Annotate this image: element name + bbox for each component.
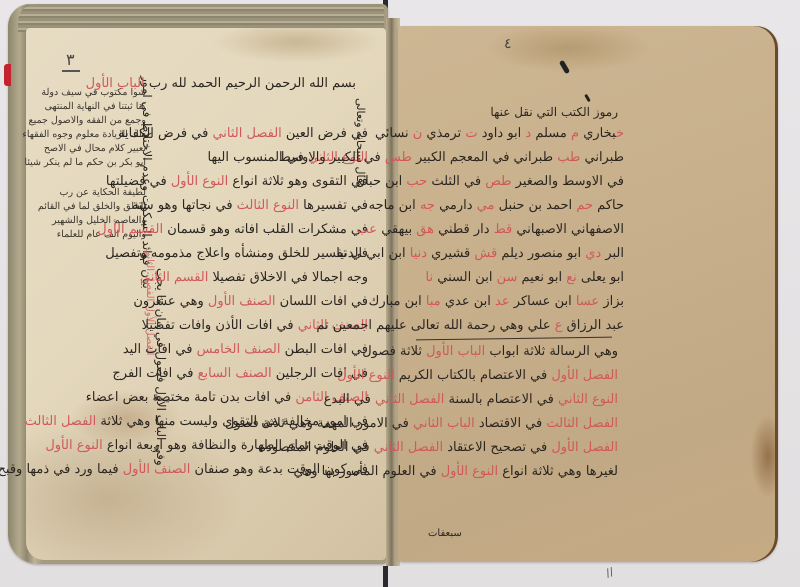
text-line: الاصفهاني الاصبهاني قط دار قطني هق بيهقي…: [357, 222, 624, 238]
text-line: في التقوى وهو ثلاثة انواع النوع الأول في…: [106, 174, 368, 190]
text-line: عبد الرزاق ع علي وهي رحمة الله تعالى علي…: [316, 318, 624, 334]
spine-cord-bottom: [383, 566, 388, 587]
text-line: خبخاري م مسلم د ابو داود ت ترمذي ن نسائي: [375, 126, 624, 142]
text-line: وجه اجمالا في الاخلاق تفصيلا القسم الثان…: [140, 270, 368, 286]
right-page: ٤ رموز الكتب التي نقل عنها خبخاري م مسلم…: [398, 26, 778, 562]
note-line: الخلق والخلق لما في القائم: [38, 200, 146, 214]
note-line: ابو بكر بن حكم ما لم ينكر شيئا: [24, 156, 146, 170]
text-line: حاكم حم احمد بن حنبل مي دارمي جه ابن ماج…: [369, 198, 624, 214]
text-line: في افات اللسان الصنف الأول وهي عشرون: [133, 294, 368, 310]
main-text-block: في فرض العين الفصل الثاني في فرض الكفاية…: [168, 126, 368, 486]
text-line: في تفسير للخلق ومنشأه واعلاج مذمومه وتفص…: [105, 246, 368, 262]
note-line: تعبير كلام محال في الاصح: [44, 142, 146, 156]
text-line: في الاوسط والصغير طص في الثلث حب ابن حبا…: [356, 174, 624, 190]
folio-number-right: ٤: [504, 36, 512, 52]
text-line: في افات البطن الصنف الخامس في افات اليد: [123, 342, 368, 358]
text-line: طبراني طب طبراني في المعجم الكبير طس في …: [279, 150, 624, 166]
note-line: كنا ثبتنا في النهاية المنتهى: [45, 100, 146, 114]
left-page: ٣ شوا مكتوب في سيف دولة كنا ثبتنا في الن…: [26, 28, 386, 560]
header-red: الباب الأول: [86, 76, 145, 91]
header-black: بسم الله الرحمن الرحيم الحمد لله رب: [149, 76, 356, 91]
ink-mark: [584, 94, 591, 102]
text-line: الفصل الثالث في الاقتصاد الباب الثاني في…: [225, 416, 618, 432]
text-line: الفصل الأول في الاعتصام بالكتاب الكريم ا…: [337, 368, 618, 384]
catchword: سبعفات: [428, 526, 462, 542]
text-line: في فرض العين الفصل الثاني في فرض الكفاية: [118, 126, 368, 142]
text-line: النوع الثاني في الاعتصام بالسنة الفصل ال…: [324, 392, 618, 408]
folio-underline: [62, 70, 80, 72]
folio-number-left: ٣: [66, 50, 75, 69]
text-line: وهي الرسالة ثلاثة ابواب الباب الأول ثلاث…: [362, 344, 618, 360]
header-line: بسم الله الرحمن الرحيم الحمد لله رب البا…: [86, 76, 356, 92]
symbols-block: خبخاري م مسلم د ابو داود ت ترمذي ن نسائي…: [434, 126, 624, 346]
symbols-title: رموز الكتب التي نقل عنها: [490, 104, 618, 120]
text-line: ابو يعلى نع ابو نعيم سن ابن السني نا: [426, 270, 624, 286]
text-line: لغيرها وهي ثلاثة انواع النوع الأول في ال…: [294, 464, 618, 480]
text-line: في افات الرجلين الصنف السابع في افات الف…: [112, 366, 368, 382]
ink-mark: [559, 60, 570, 75]
text-line: بزاز عسا ابن عساكر عد ابن عدي مبا ابن مب…: [369, 294, 624, 310]
contents-block: وهي الرسالة ثلاثة ابواب الباب الأول ثلاث…: [428, 344, 618, 514]
text-line: الفصل الأول في تصحيح الاعتقاد الفصل الثا…: [259, 440, 618, 456]
text-line: في مشكرات القلب افاته وهو قسمان القسم ال…: [97, 222, 368, 238]
vertical-margin-text: بيان فوائد السكوت وعدم الاختلاط في امور: [140, 76, 154, 246]
text-line: البر دي ابو منصور ديلم قش قشيري دنيا ابن…: [336, 246, 624, 262]
red-bookmark: [4, 64, 11, 86]
text-line: في تفسيرها النوع الثالث في نجاتها وهو ست…: [132, 198, 368, 214]
